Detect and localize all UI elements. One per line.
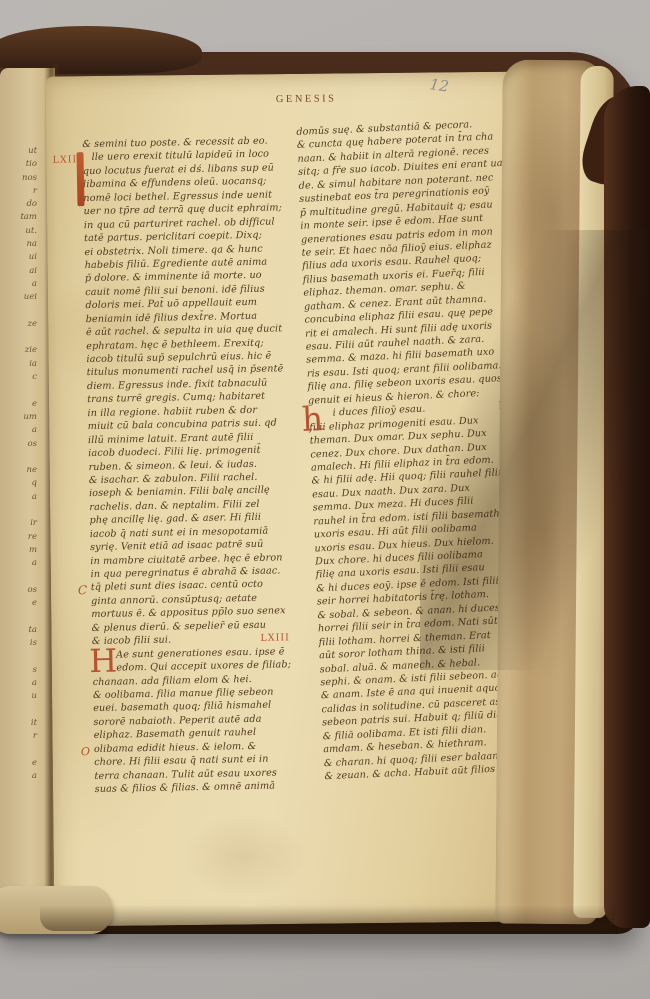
edge-text-fragment: ui bbox=[0, 252, 46, 265]
edge-text-fragment: e bbox=[0, 399, 46, 412]
edge-text-fragment bbox=[0, 611, 46, 624]
edge-text-fragment bbox=[0, 306, 46, 319]
chapter-numeral: LXIII bbox=[260, 632, 290, 646]
parchment-page: GENESIS 12 LXII C H O & semini tuo poste… bbox=[46, 72, 533, 927]
bottom-edge-shadow bbox=[40, 905, 615, 931]
manuscript-line: suas & filios & filias. & omnē animā bbox=[95, 780, 297, 797]
edge-text-fragment bbox=[0, 744, 46, 757]
edge-text-fragment: r bbox=[0, 731, 46, 744]
edge-text-fragment: is bbox=[0, 638, 46, 651]
edge-text-fragment: a bbox=[0, 492, 46, 505]
edge-text-fragment: na bbox=[0, 239, 46, 252]
edge-text-fragment bbox=[0, 798, 46, 811]
edge-text-fragment: ta bbox=[0, 625, 46, 638]
edge-text-fragment: ze bbox=[0, 319, 46, 332]
edge-text-fragment: tio bbox=[0, 159, 46, 172]
edge-text-fragment bbox=[0, 505, 46, 518]
previous-page-edge-text: uttionosrdotamut.nauiaiaueizezieiaceumao… bbox=[0, 146, 46, 811]
edge-text-fragment: e bbox=[0, 598, 46, 611]
edge-text-fragment: zie bbox=[0, 345, 46, 358]
edge-text-fragment: c bbox=[0, 372, 46, 385]
chapter-numeral-lxii: LXII bbox=[53, 154, 78, 165]
edge-text-fragment: a bbox=[0, 558, 46, 571]
edge-text-fragment: nos bbox=[0, 173, 46, 186]
edge-text-fragment bbox=[0, 385, 46, 398]
folio-number: 12 bbox=[428, 75, 450, 96]
edge-text-fragment: a bbox=[0, 279, 46, 292]
edge-text-fragment: m bbox=[0, 545, 46, 558]
rubric-initial-i bbox=[76, 152, 84, 206]
edge-text-fragment: os bbox=[0, 585, 46, 598]
text-column-left: LXII C H O & semini tuo poste. & recessi… bbox=[82, 135, 297, 797]
edge-text-fragment: ia bbox=[0, 359, 46, 372]
edge-text-fragment bbox=[0, 572, 46, 585]
edge-text-fragment: ut. bbox=[0, 226, 46, 239]
rubric-initial-c: C bbox=[78, 583, 87, 597]
edge-text-fragment bbox=[0, 704, 46, 717]
edge-text-fragment bbox=[0, 784, 46, 797]
edge-text-fragment: ir bbox=[0, 518, 46, 531]
edge-text-fragment: a bbox=[0, 771, 46, 784]
edge-text-fragment bbox=[0, 332, 46, 345]
edge-text-fragment: ai bbox=[0, 266, 46, 279]
edge-text-fragment bbox=[0, 452, 46, 465]
edge-text-fragment: ut bbox=[0, 146, 46, 159]
edge-text-fragment: it bbox=[0, 718, 46, 731]
rubric-initial-h-left: H bbox=[89, 645, 118, 678]
edge-text-fragment: e bbox=[0, 758, 46, 771]
edge-text-fragment: uei bbox=[0, 292, 46, 305]
edge-text-fragment: a bbox=[0, 678, 46, 691]
edge-text-fragment: s bbox=[0, 665, 46, 678]
edge-text-fragment: um bbox=[0, 412, 46, 425]
rubric-initial-o: O bbox=[81, 745, 90, 758]
binding-top-roll bbox=[0, 26, 202, 74]
rubric-initial-h-right: h bbox=[301, 402, 324, 436]
edge-text-fragment: tam bbox=[0, 212, 46, 225]
edge-text-fragment: q bbox=[0, 478, 46, 491]
edge-text-fragment: do bbox=[0, 199, 46, 212]
edge-text-fragment: os bbox=[0, 439, 46, 452]
edge-text-fragment bbox=[0, 651, 46, 664]
edge-text-fragment: a bbox=[0, 425, 46, 438]
running-header: GENESIS bbox=[276, 93, 337, 105]
edge-text-fragment: r bbox=[0, 186, 46, 199]
edge-text-fragment: u bbox=[0, 691, 46, 704]
book-cover-right bbox=[604, 86, 650, 928]
edge-text-fragment: re bbox=[0, 532, 46, 545]
manuscript-photo: uttionosrdotamut.nauiaiaueizezieiaceumao… bbox=[0, 0, 650, 999]
edge-text-fragment: ne bbox=[0, 465, 46, 478]
